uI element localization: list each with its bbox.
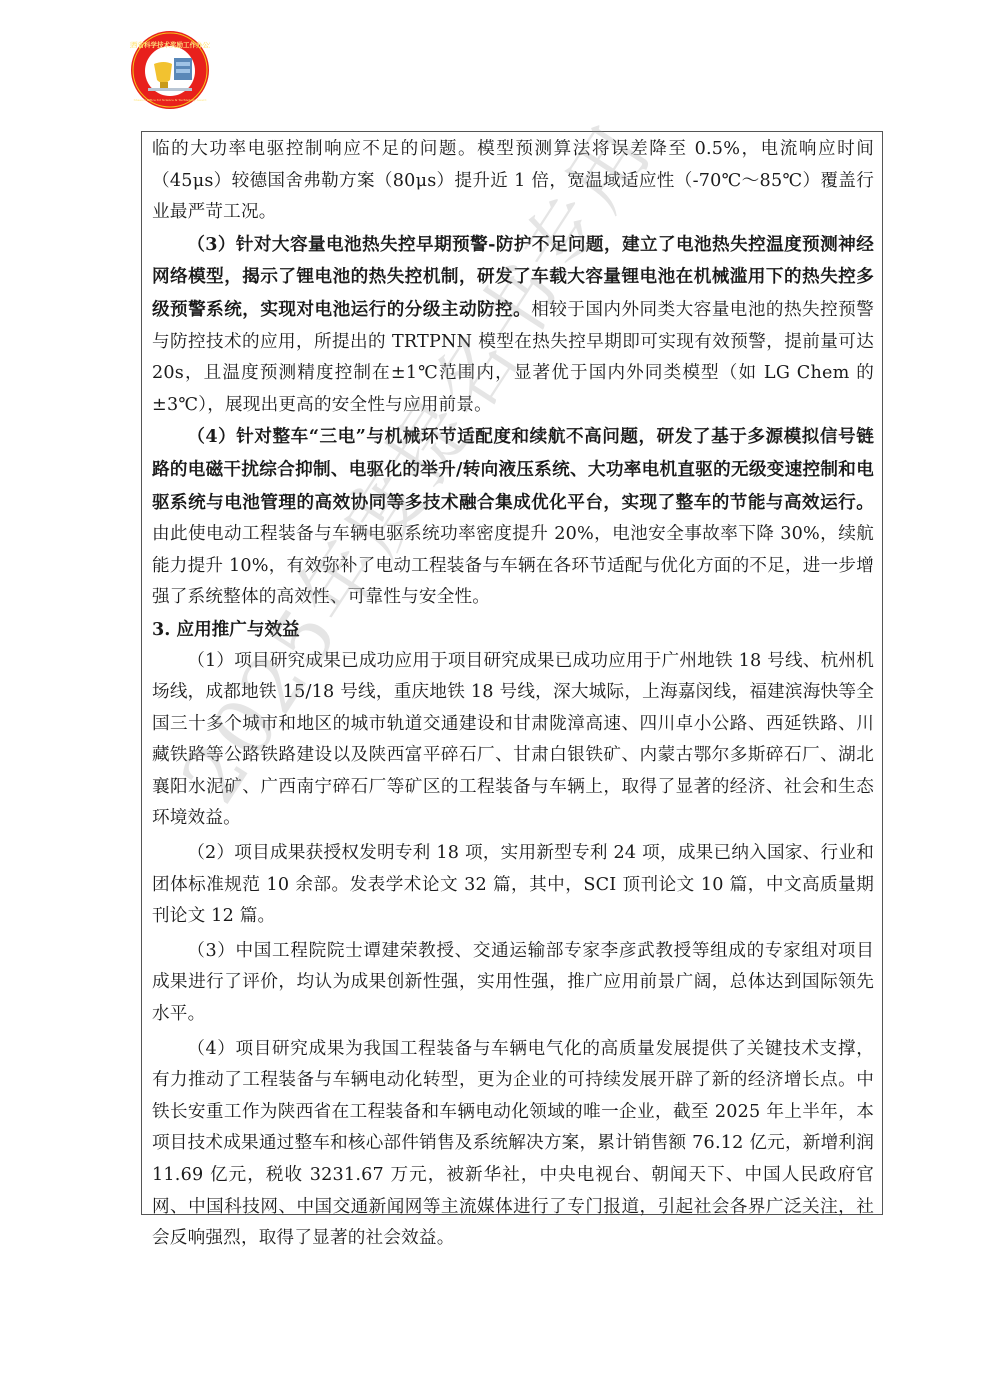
application-item-1: （1）项目研究成果已成功应用于项目研究成果已成功应用于广州地铁 18 号线、杭州… xyxy=(152,646,874,836)
paragraph-item-3: （3）针对大容量电池热失控早期预警-防护不足问题，建立了电池热失控温度预测神经网… xyxy=(152,229,874,422)
application-item-3: （3）中国工程院院士谭建荣教授、交通运输部专家李彦武教授等组成的专家组对项目成果… xyxy=(152,936,874,1031)
section-heading: 3. 应用推广与效益 xyxy=(152,614,874,646)
paragraph-text: 由此使电动工程装备与车辆电驱系统功率密度提升 20%，电池安全事故率下降 30%… xyxy=(152,524,874,607)
application-item-4: （4）项目研究成果为我国工程装备与车辆电气化的高质量发展提供了关键技术支撑，有力… xyxy=(152,1034,874,1255)
paragraph-item-4: （4）针对整车“三电”与机械环节适配度和续航不高问题，研发了基于多源模拟信号链路… xyxy=(152,421,874,614)
document-content-box: 临的大功率电驱控制响应不足的问题。模型预测算法将误差降至 0.5%，电流响应时间… xyxy=(141,131,883,1215)
seal-title: 陕西省科学技术奖励工作办公室 xyxy=(130,40,210,49)
application-item-2: （2）项目成果获授权发明专利 18 项，实用新型专利 24 项，成果已纳入国家、… xyxy=(152,838,874,933)
paragraph-bold-lead: （4）针对整车“三电”与机械环节适配度和续航不高问题，研发了基于多源模拟信号链路… xyxy=(152,426,874,512)
seal-icon: 陕西省科学技术奖励工作办公室 Shaanxi Office for Scienc… xyxy=(130,30,210,110)
award-office-seal-logo: 陕西省科学技术奖励工作办公室 Shaanxi Office for Scienc… xyxy=(130,30,210,110)
seal-subtitle: Shaanxi Office for Science & Technology … xyxy=(134,98,207,102)
paragraph-continuation: 临的大功率电驱控制响应不足的问题。模型预测算法将误差降至 0.5%，电流响应时间… xyxy=(152,134,874,229)
paragraph-text: 临的大功率电驱控制响应不足的问题。模型预测算法将误差降至 0.5%，电流响应时间… xyxy=(152,139,874,222)
